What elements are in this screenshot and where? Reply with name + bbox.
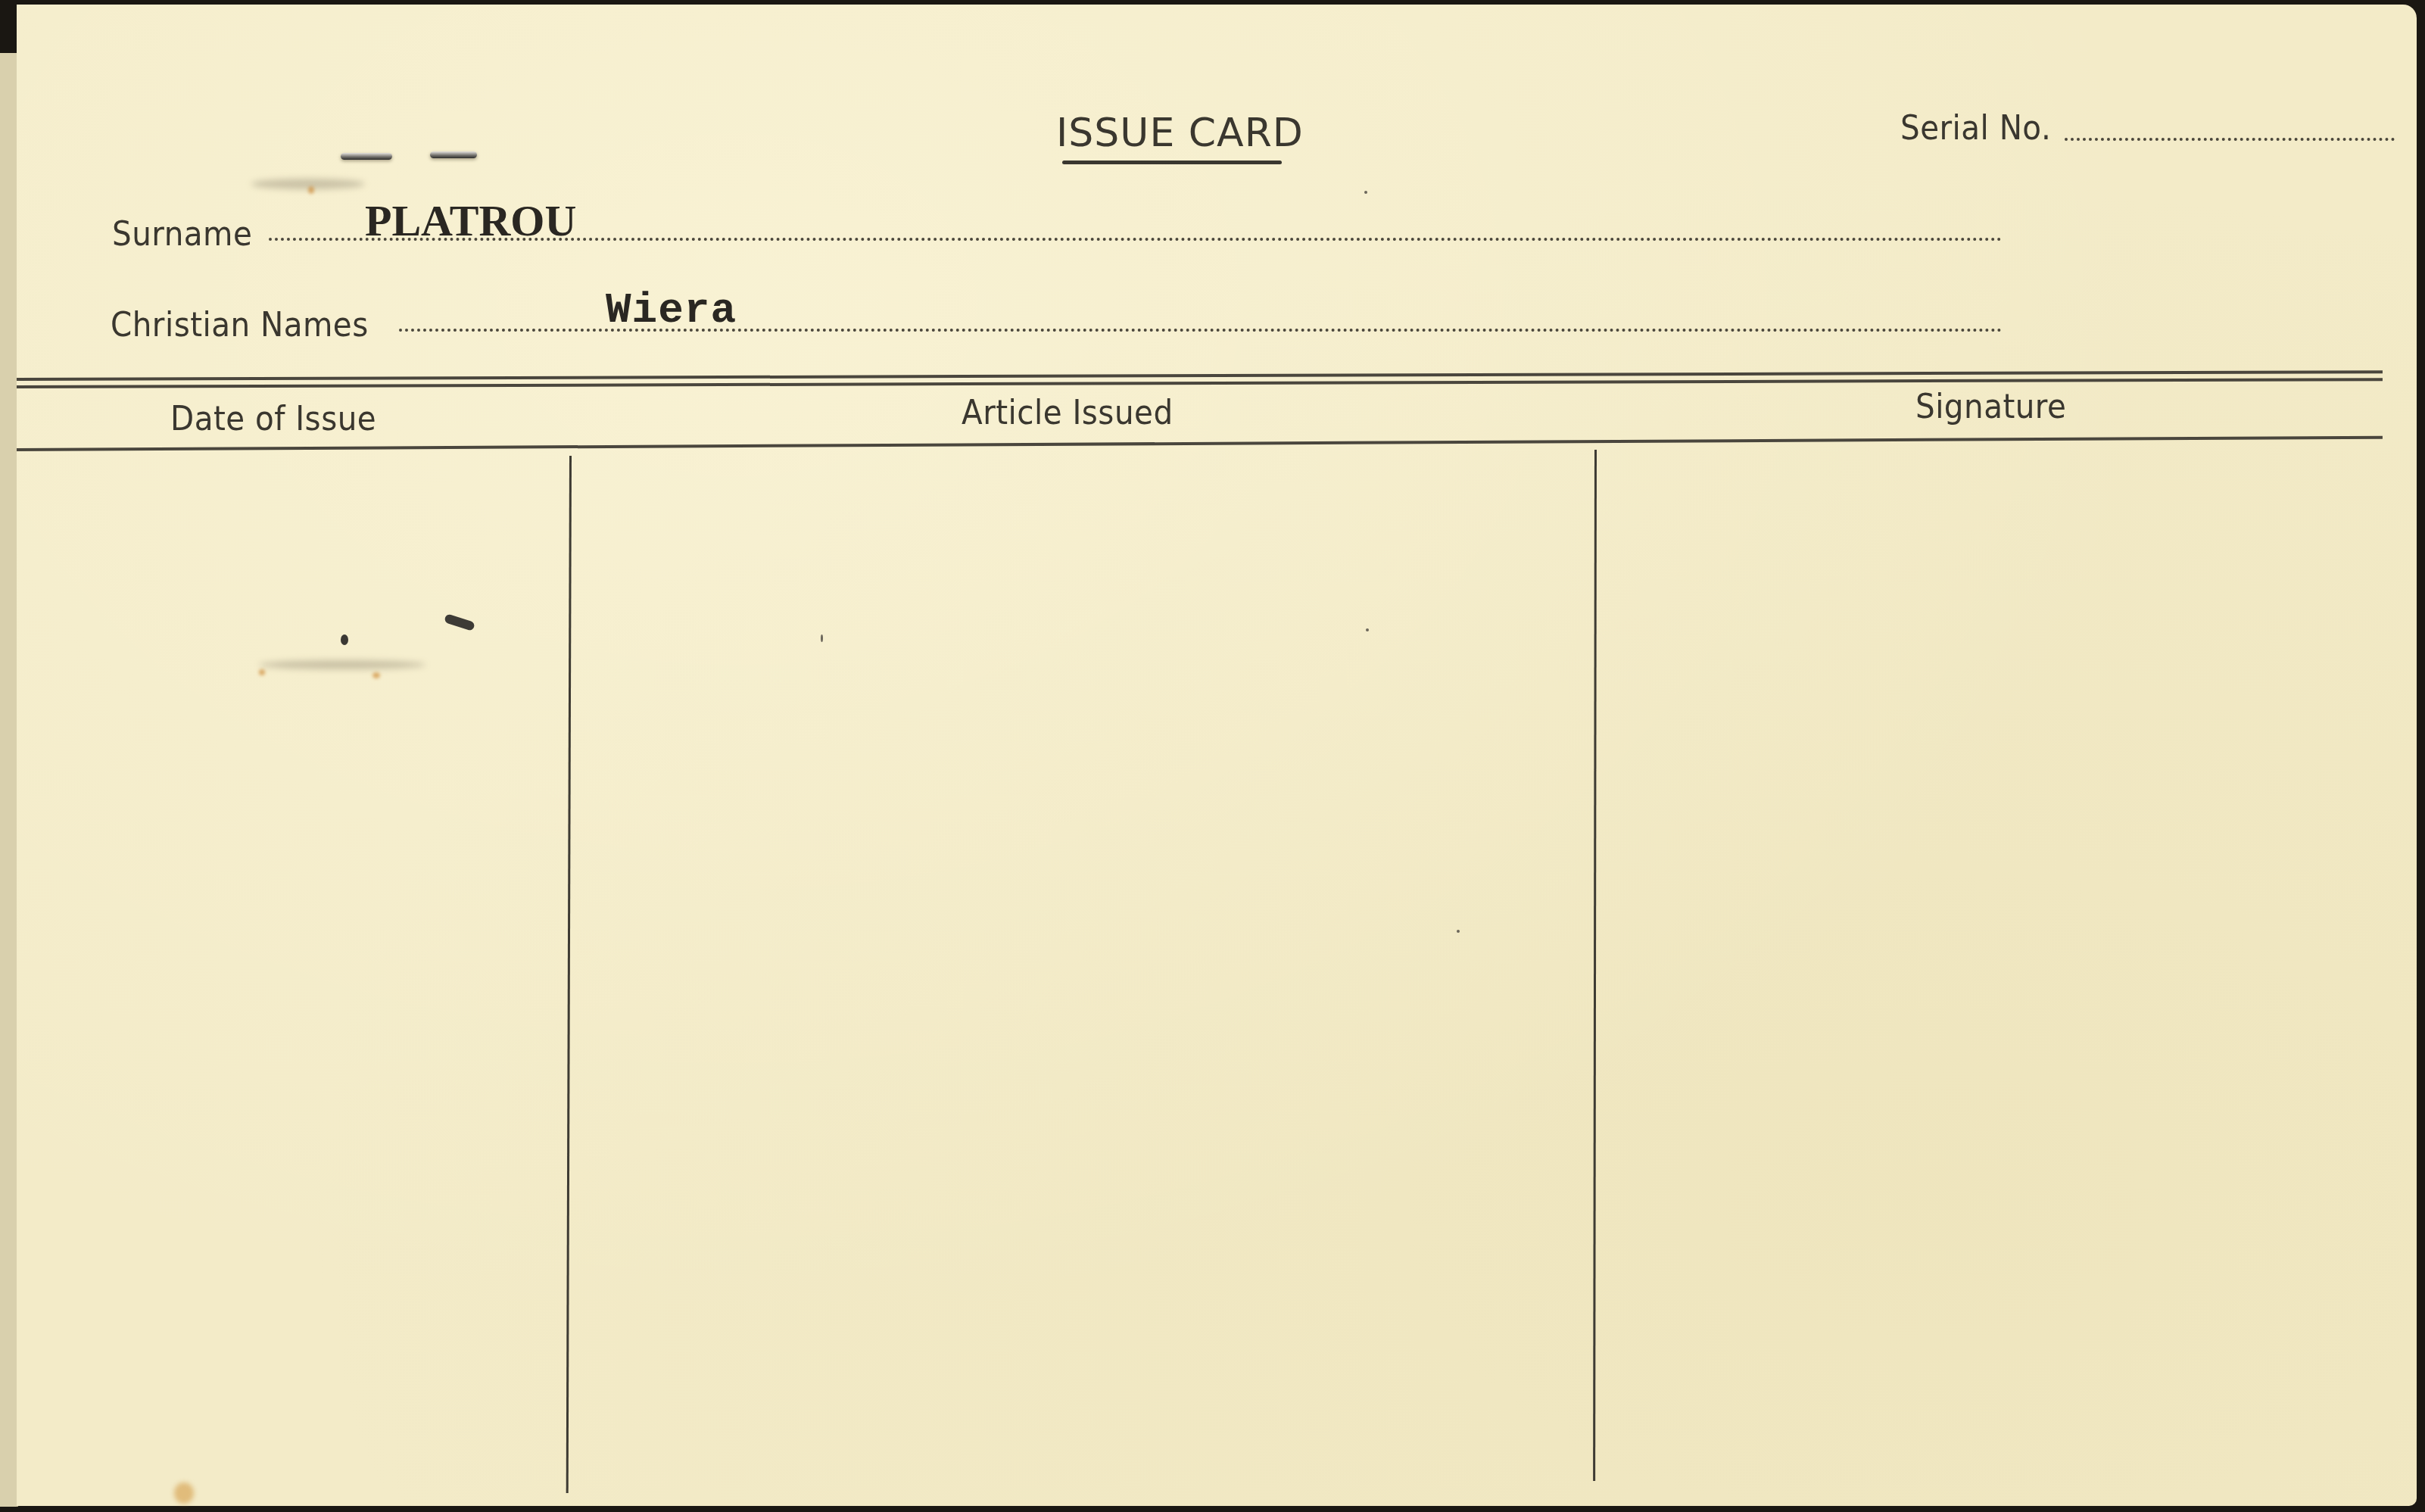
- speck: [821, 634, 823, 642]
- date-of-issue-cell[interactable]: [17, 456, 568, 1493]
- staple-right: [430, 151, 477, 158]
- card-edge-strip: [0, 53, 18, 1507]
- rust-spot: [372, 672, 380, 678]
- surname-label: Surname: [112, 215, 252, 254]
- speck: [1457, 930, 1460, 933]
- surname-value: PLATROU: [365, 195, 576, 246]
- serial-field[interactable]: [2065, 138, 2395, 141]
- christian-names-value: Wiera: [606, 286, 737, 335]
- stain-mark: [174, 1482, 194, 1504]
- title-underline: [1062, 161, 1282, 164]
- serial-label: Serial No.: [1900, 109, 2051, 148]
- column-header-signature: Signature: [1915, 388, 2066, 426]
- staple-hole-mark: [341, 634, 348, 645]
- speck: [1366, 628, 1369, 631]
- christian-names-label: Christian Names: [111, 306, 369, 344]
- column-divider-2: [1593, 450, 1597, 1481]
- article-issued-cell[interactable]: [574, 456, 1591, 1493]
- rust-spot: [259, 669, 265, 675]
- card-title: ISSUE CARD: [1056, 111, 1304, 156]
- rust-spot: [308, 186, 314, 194]
- column-header-date-of-issue: Date of Issue: [170, 400, 376, 438]
- speck: [1364, 191, 1367, 194]
- smudge-mark: [259, 660, 425, 669]
- staple-left: [341, 153, 392, 160]
- signature-cell[interactable]: [1599, 451, 2402, 1489]
- column-header-article-issued: Article Issued: [962, 394, 1174, 432]
- issue-card: ISSUE CARD Serial No. Surname PLATROU Ch…: [17, 5, 2417, 1506]
